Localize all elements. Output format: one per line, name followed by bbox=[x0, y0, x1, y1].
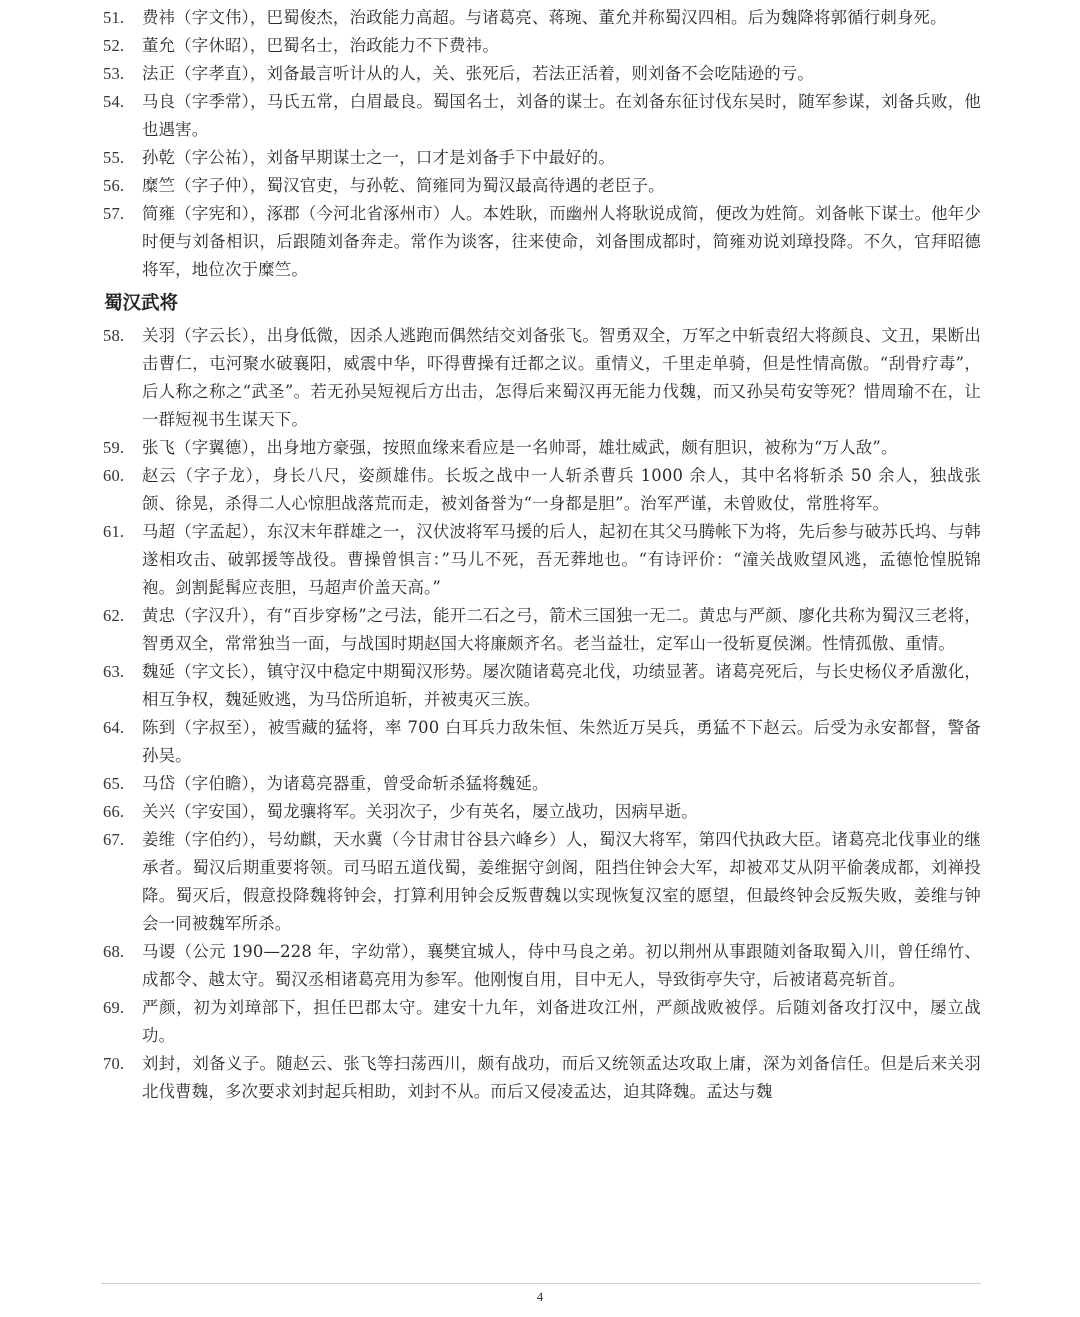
item-number: 64. bbox=[103, 714, 142, 770]
footer-divider bbox=[101, 1283, 981, 1284]
item-text: 刘封，刘备义子。随赵云、张飞等扫荡西川，颇有战功，而后又统领孟达攻取上庸，深为刘… bbox=[142, 1050, 981, 1106]
section-heading: 蜀汉武将 bbox=[104, 292, 981, 316]
entry-list-shu-ministers: 51. 费祎（字文伟），巴蜀俊杰，治政能力高超。与诸葛亮、蒋琬、董允并称蜀汉四相… bbox=[103, 4, 981, 284]
list-item: 66. 关兴（字安国），蜀龙骧将军。关羽次子，少有英名，屡立战功，因病早逝。 bbox=[103, 798, 981, 826]
item-number: 65. bbox=[103, 770, 142, 798]
item-number: 69. bbox=[103, 994, 142, 1050]
list-item: 60. 赵云（字子龙），身长八尺，姿颜雄伟。长坂之战中一人斩杀曹兵 1000 余… bbox=[103, 462, 981, 518]
list-item: 53. 法正（字孝直），刘备最言听计从的人，关、张死后，若法正活着，则刘备不会吃… bbox=[103, 60, 981, 88]
item-number: 63. bbox=[103, 658, 142, 714]
item-number: 60. bbox=[103, 462, 142, 518]
list-item: 57. 简雍（字宪和），涿郡（今河北省涿州市）人。本姓耿，而幽州人将耿说成简，便… bbox=[103, 200, 981, 284]
item-text: 赵云（字子龙），身长八尺，姿颜雄伟。长坂之战中一人斩杀曹兵 1000 余人，其中… bbox=[142, 462, 981, 518]
list-item: 68. 马谡（公元 190—228 年，字幼常），襄樊宜城人，侍中马良之弟。初以… bbox=[103, 938, 981, 994]
list-item: 58. 关羽（字云长），出身低微，因杀人逃跑而偶然结交刘备张飞。智勇双全，万军之… bbox=[103, 322, 981, 434]
item-number: 53. bbox=[103, 60, 142, 88]
item-text: 严颜，初为刘璋部下，担任巴郡太守。建安十九年，刘备进攻江州，严颜战败被俘。后随刘… bbox=[142, 994, 981, 1050]
list-item: 70. 刘封，刘备义子。随赵云、张飞等扫荡西川，颇有战功，而后又统领孟达攻取上庸… bbox=[103, 1050, 981, 1106]
item-number: 61. bbox=[103, 518, 142, 602]
item-text: 孙乾（字公祐），刘备早期谋士之一，口才是刘备手下中最好的。 bbox=[142, 144, 981, 172]
list-item: 65. 马岱（字伯瞻），为诸葛亮器重，曾受命斩杀猛将魏延。 bbox=[103, 770, 981, 798]
document-page: 51. 费祎（字文伟），巴蜀俊杰，治政能力高超。与诸葛亮、蒋琬、董允并称蜀汉四相… bbox=[103, 4, 981, 1106]
item-text: 马良（字季常），马氏五常，白眉最良。蜀国名士，刘备的谋士。在刘备东征讨伐东吴时，… bbox=[142, 88, 981, 144]
item-text: 陈到（字叔至），被雪藏的猛将，率 700 白耳兵力敌朱恒、朱然近万吴兵，勇猛不下… bbox=[142, 714, 981, 770]
page-number: 4 bbox=[0, 1289, 1080, 1305]
item-text: 姜维（字伯约），号幼麒，天水冀（今甘肃甘谷县六峰乡）人，蜀汉大将军，第四代执政大… bbox=[142, 826, 981, 938]
list-item: 64. 陈到（字叔至），被雪藏的猛将，率 700 白耳兵力敌朱恒、朱然近万吴兵，… bbox=[103, 714, 981, 770]
list-item: 51. 费祎（字文伟），巴蜀俊杰，治政能力高超。与诸葛亮、蒋琬、董允并称蜀汉四相… bbox=[103, 4, 981, 32]
item-text: 简雍（字宪和），涿郡（今河北省涿州市）人。本姓耿，而幽州人将耿说成简，便改为姓简… bbox=[142, 200, 981, 284]
item-text: 费祎（字文伟），巴蜀俊杰，治政能力高超。与诸葛亮、蒋琬、董允并称蜀汉四相。后为魏… bbox=[142, 4, 981, 32]
item-number: 54. bbox=[103, 88, 142, 144]
item-text: 关兴（字安国），蜀龙骧将军。关羽次子，少有英名，屡立战功，因病早逝。 bbox=[142, 798, 981, 826]
item-number: 52. bbox=[103, 32, 142, 60]
item-text: 法正（字孝直），刘备最言听计从的人，关、张死后，若法正活着，则刘备不会吃陆逊的亏… bbox=[142, 60, 981, 88]
item-number: 55. bbox=[103, 144, 142, 172]
item-number: 58. bbox=[103, 322, 142, 434]
item-text: 糜竺（字子仲），蜀汉官吏，与孙乾、简雍同为蜀汉最高待遇的老臣子。 bbox=[142, 172, 981, 200]
item-text: 董允（字休昭），巴蜀名士，治政能力不下费祎。 bbox=[142, 32, 981, 60]
item-text: 关羽（字云长），出身低微，因杀人逃跑而偶然结交刘备张飞。智勇双全，万军之中斩袁绍… bbox=[142, 322, 981, 434]
item-text: 张飞（字翼德），出身地方豪强，按照血缘来看应是一名帅哥，雄壮威武，颇有胆识，被称… bbox=[142, 434, 981, 462]
item-text: 黄忠（字汉升），有“百步穿杨”之弓法，能开二石之弓，箭术三国独一无二。黄忠与严颜… bbox=[142, 602, 981, 658]
item-number: 59. bbox=[103, 434, 142, 462]
item-text: 马超（字孟起），东汉末年群雄之一，汉伏波将军马援的后人，起初在其父马腾帐下为将，… bbox=[142, 518, 981, 602]
item-number: 67. bbox=[103, 826, 142, 938]
list-item: 59. 张飞（字翼德），出身地方豪强，按照血缘来看应是一名帅哥，雄壮威武，颇有胆… bbox=[103, 434, 981, 462]
item-number: 68. bbox=[103, 938, 142, 994]
item-text: 魏延（字文长），镇守汉中稳定中期蜀汉形势。屡次随诸葛亮北伐，功绩显著。诸葛亮死后… bbox=[142, 658, 981, 714]
item-text: 马谡（公元 190—228 年，字幼常），襄樊宜城人，侍中马良之弟。初以荆州从事… bbox=[142, 938, 981, 994]
list-item: 62. 黄忠（字汉升），有“百步穿杨”之弓法，能开二石之弓，箭术三国独一无二。黄… bbox=[103, 602, 981, 658]
item-text: 马岱（字伯瞻），为诸葛亮器重，曾受命斩杀猛将魏延。 bbox=[142, 770, 981, 798]
list-item: 52. 董允（字休昭），巴蜀名士，治政能力不下费祎。 bbox=[103, 32, 981, 60]
item-number: 66. bbox=[103, 798, 142, 826]
item-number: 70. bbox=[103, 1050, 142, 1106]
list-item: 56. 糜竺（字子仲），蜀汉官吏，与孙乾、简雍同为蜀汉最高待遇的老臣子。 bbox=[103, 172, 981, 200]
item-number: 62. bbox=[103, 602, 142, 658]
entry-list-shu-generals: 58. 关羽（字云长），出身低微，因杀人逃跑而偶然结交刘备张飞。智勇双全，万军之… bbox=[103, 322, 981, 1106]
item-number: 51. bbox=[103, 4, 142, 32]
item-number: 57. bbox=[103, 200, 142, 284]
list-item: 55. 孙乾（字公祐），刘备早期谋士之一，口才是刘备手下中最好的。 bbox=[103, 144, 981, 172]
list-item: 54. 马良（字季常），马氏五常，白眉最良。蜀国名士，刘备的谋士。在刘备东征讨伐… bbox=[103, 88, 981, 144]
item-number: 56. bbox=[103, 172, 142, 200]
list-item: 61. 马超（字孟起），东汉末年群雄之一，汉伏波将军马援的后人，起初在其父马腾帐… bbox=[103, 518, 981, 602]
list-item: 67. 姜维（字伯约），号幼麒，天水冀（今甘肃甘谷县六峰乡）人，蜀汉大将军，第四… bbox=[103, 826, 981, 938]
list-item: 69. 严颜，初为刘璋部下，担任巴郡太守。建安十九年，刘备进攻江州，严颜战败被俘… bbox=[103, 994, 981, 1050]
list-item: 63. 魏延（字文长），镇守汉中稳定中期蜀汉形势。屡次随诸葛亮北伐，功绩显著。诸… bbox=[103, 658, 981, 714]
